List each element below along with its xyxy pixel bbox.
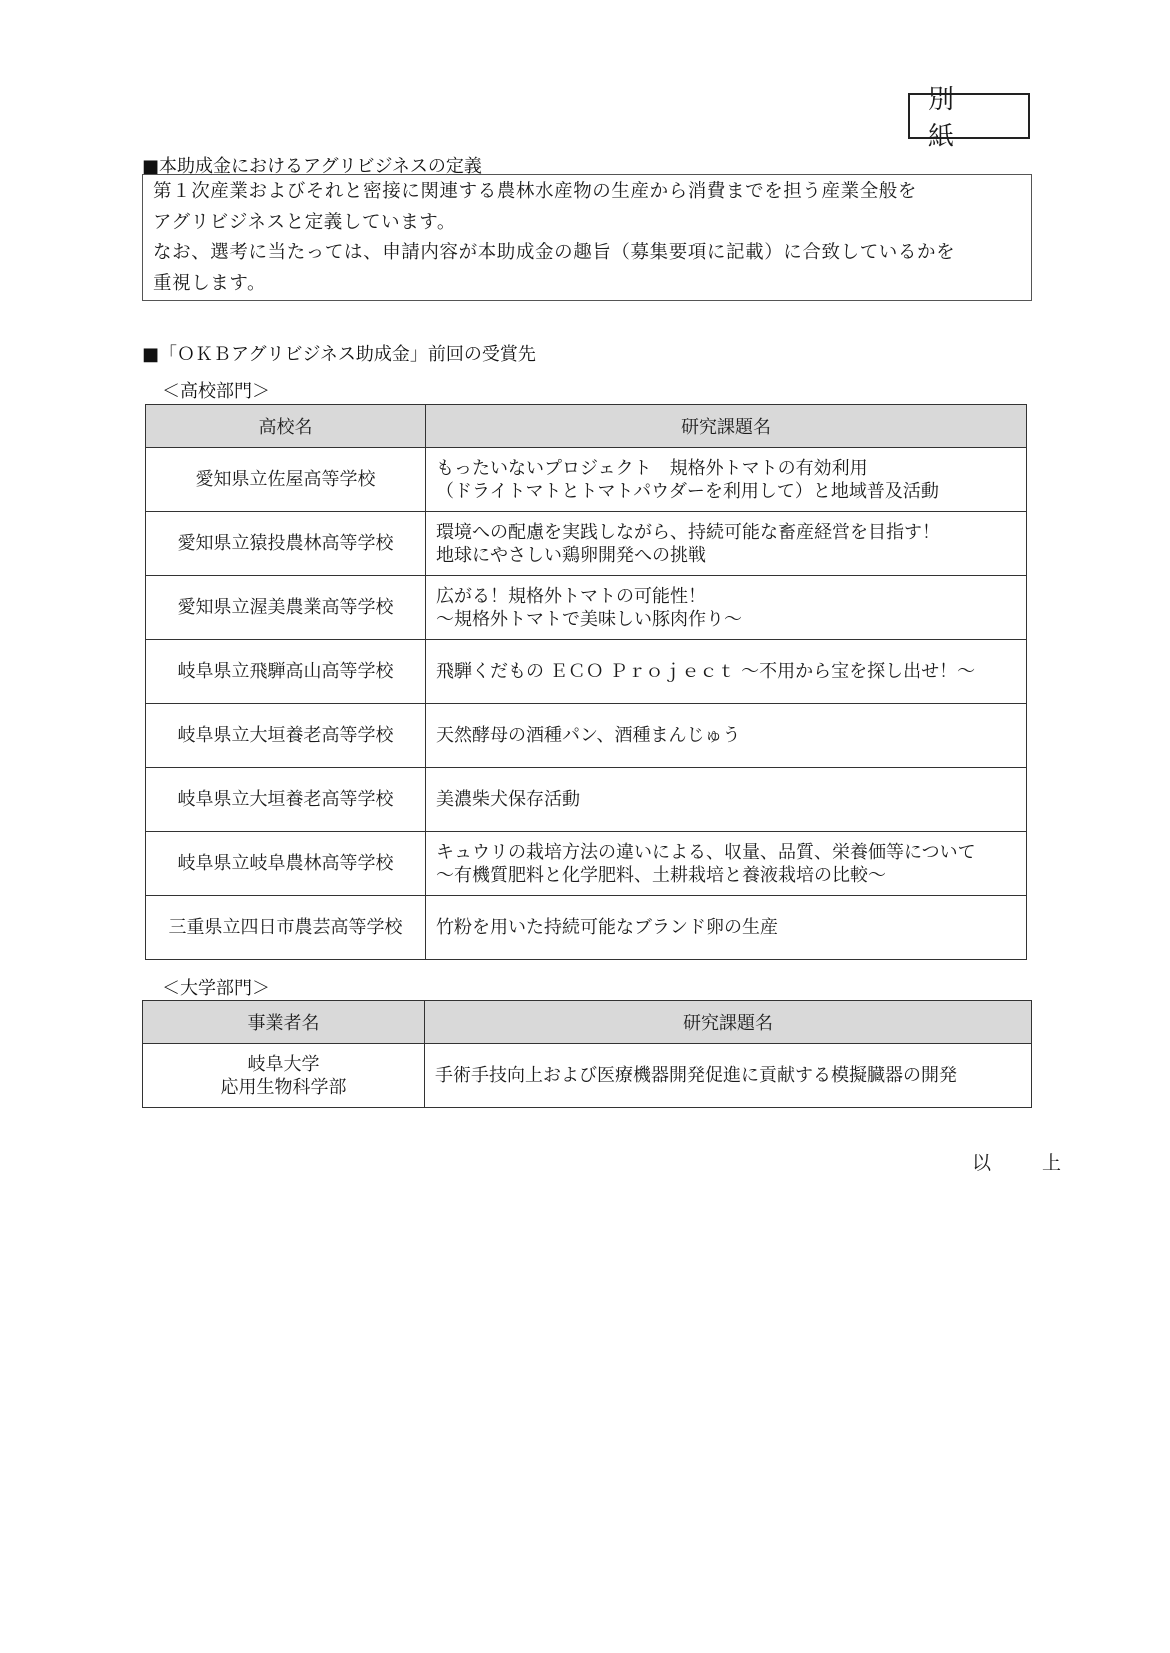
table-header-row: 高校名 研究課題名 [146,405,1027,448]
title-line: 地球にやさしい鶏卵開発への挑戦 [436,544,1025,567]
school-name: 岐阜県立飛騨高山高等学校 [146,640,426,704]
organization-name: 岐阜大学 応用生物科学部 [143,1044,425,1108]
school-name: 三重県立四日市農芸高等学校 [146,896,426,960]
school-name: 岐阜県立大垣養老高等学校 [146,704,426,768]
title-line: 広がる！規格外トマトの可能性！ [436,585,1025,608]
column-header-title: 研究課題名 [426,405,1027,448]
table-row: 岐阜県立岐阜農林高等学校 キュウリの栽培方法の違いによる、収量、品質、栄養価等に… [146,832,1027,896]
organization-name-line: 岐阜大学 [144,1053,423,1076]
attachment-stamp: 別 紙 [908,93,1030,139]
table-row: 三重県立四日市農芸高等学校 竹粉を用いた持続可能なブランド卵の生産 [146,896,1027,960]
high-school-subheading: ＜高校部門＞ [162,377,270,403]
title-line: 飛騨くだもの ＥＣＯ Ｐｒｏｊｅｃｔ ～不用から宝を探し出せ！～ [436,660,1025,683]
title-line: 美濃柴犬保存活動 [436,788,1025,811]
research-title: 飛騨くだもの ＥＣＯ Ｐｒｏｊｅｃｔ ～不用から宝を探し出せ！～ [426,640,1027,704]
title-line: 天然酵母の酒種パン、酒種まんじゅう [436,724,1025,747]
title-line: 竹粉を用いた持続可能なブランド卵の生産 [436,916,1025,939]
table-row: 愛知県立猿投農林高等学校 環境への配慮を実践しながら、持続可能な畜産経営を目指す… [146,512,1027,576]
research-title: 広がる！規格外トマトの可能性！ ～規格外トマトで美味しい豚肉作り～ [426,576,1027,640]
winners-heading: ■「ＯＫＢアグリビジネス助成金」前回の受賞先 [142,340,536,366]
table-row: 岐阜県立飛騨高山高等学校 飛騨くだもの ＥＣＯ Ｐｒｏｊｅｃｔ ～不用から宝を探… [146,640,1027,704]
title-line: ～有機質肥料と化学肥料、土耕栽培と養液栽培の比較～ [436,864,1025,887]
table-row: 岐阜県立大垣養老高等学校 天然酵母の酒種パン、酒種まんじゅう [146,704,1027,768]
research-title: 竹粉を用いた持続可能なブランド卵の生産 [426,896,1027,960]
column-header-title: 研究課題名 [425,1001,1032,1044]
title-line: ～規格外トマトで美味しい豚肉作り～ [436,608,1025,631]
column-header-organization: 事業者名 [143,1001,425,1044]
definition-line: なお、選考に当たっては、申請内容が本助成金の趣旨（募集要項に記載）に合致している… [153,238,1021,269]
definition-line: 第１次産業およびそれと密接に関連する農林水産物の生産から消費までを担う産業全般を [153,177,1021,208]
research-title: 美濃柴犬保存活動 [426,768,1027,832]
research-title: キュウリの栽培方法の違いによる、収量、品質、栄養価等について ～有機質肥料と化学… [426,832,1027,896]
university-subheading: ＜大学部門＞ [162,974,270,1000]
research-title: 手術手技向上および医療機器開発促進に貢献する模擬臓器の開発 [425,1044,1032,1108]
school-name: 岐阜県立岐阜農林高等学校 [146,832,426,896]
high-school-table: 高校名 研究課題名 愛知県立佐屋高等学校 もったいないプロジェクト 規格外トマト… [145,404,1027,960]
definition-box: 第１次産業およびそれと密接に関連する農林水産物の生産から消費までを担う産業全般を… [142,174,1032,301]
table-row: 岐阜大学 応用生物科学部 手術手技向上および医療機器開発促進に貢献する模擬臓器の… [143,1044,1032,1108]
definition-line: アグリビジネスと定義しています。 [153,208,1021,239]
research-title: 天然酵母の酒種パン、酒種まんじゅう [426,704,1027,768]
school-name: 岐阜県立大垣養老高等学校 [146,768,426,832]
school-name: 愛知県立渥美農業高等学校 [146,576,426,640]
column-header-school: 高校名 [146,405,426,448]
title-line: キュウリの栽培方法の違いによる、収量、品質、栄養価等について [436,841,1025,864]
title-line: もったいないプロジェクト 規格外トマトの有効利用 [436,457,1025,480]
school-name: 愛知県立猿投農林高等学校 [146,512,426,576]
definition-line: 重視します。 [153,269,1021,300]
organization-name-line: 応用生物科学部 [144,1076,423,1099]
table-row: 愛知県立佐屋高等学校 もったいないプロジェクト 規格外トマトの有効利用 （ドライ… [146,448,1027,512]
university-table: 事業者名 研究課題名 岐阜大学 応用生物科学部 手術手技向上および医療機器開発促… [142,1000,1032,1108]
title-line: （ドライトマトとトマトパウダーを利用して）と地域普及活動 [436,480,1025,503]
research-title: 環境への配慮を実践しながら、持続可能な畜産経営を目指す！ 地球にやさしい鶏卵開発… [426,512,1027,576]
school-name: 愛知県立佐屋高等学校 [146,448,426,512]
research-title: もったいないプロジェクト 規格外トマトの有効利用 （ドライトマトとトマトパウダー… [426,448,1027,512]
title-line: 環境への配慮を実践しながら、持続可能な畜産経営を目指す！ [436,521,1025,544]
table-row: 愛知県立渥美農業高等学校 広がる！規格外トマトの可能性！ ～規格外トマトで美味し… [146,576,1027,640]
closing-mark: 以 上 [972,1148,1077,1175]
table-header-row: 事業者名 研究課題名 [143,1001,1032,1044]
table-row: 岐阜県立大垣養老高等学校 美濃柴犬保存活動 [146,768,1027,832]
